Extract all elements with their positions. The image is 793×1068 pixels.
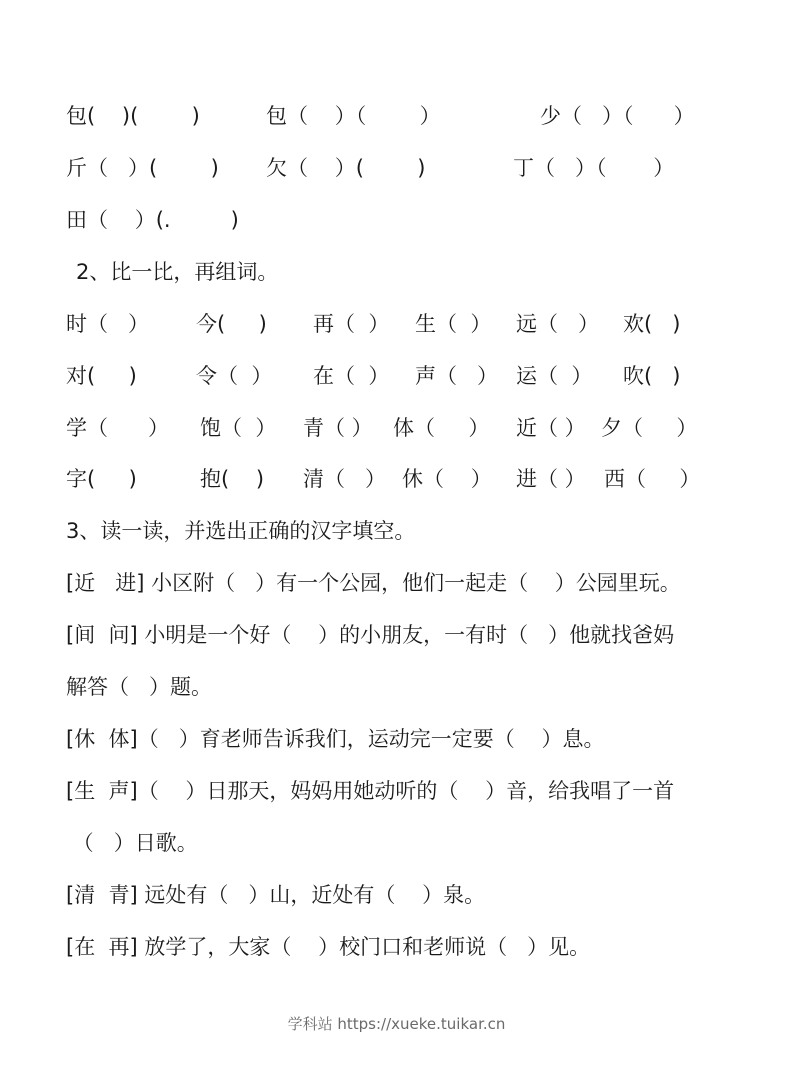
section3-title: 3、读一读，并选出正确的汉字填空。 xyxy=(66,514,415,548)
compare-item: 在（ ） xyxy=(313,359,389,393)
compare-item: 再（ ） xyxy=(313,307,389,341)
sentence-line: [清 青] 远处有（ ）山，近处有（ ）泉。 xyxy=(66,878,485,912)
compare-item: 饱（ ） xyxy=(200,411,276,445)
word-group-item: 欠（ ）( ) xyxy=(266,151,426,185)
compare-item: 运（ ） xyxy=(516,359,592,393)
word-group-item: 丁（ ）（ ） xyxy=(513,151,674,185)
word-group-item: 田（ ）(. ) xyxy=(66,203,239,237)
sentence-line: 解答（ ）题。 xyxy=(66,670,212,704)
compare-item: 近（ ） xyxy=(516,411,586,445)
section2-title: 2、比一比，再组词。 xyxy=(76,255,278,289)
compare-item: 字( ) xyxy=(66,462,137,496)
compare-item: 远（ ） xyxy=(516,307,599,341)
compare-item: 声（ ） xyxy=(415,359,498,393)
compare-item: 生（ ） xyxy=(415,307,491,341)
sentence-line: [在 再] 放学了，大家（ ）校门口和老师说（ ）见。 xyxy=(66,930,590,964)
compare-item: 青（ ） xyxy=(303,411,373,445)
compare-item: 欢( ) xyxy=(623,307,680,341)
section1-row: 田（ ）(. ) xyxy=(0,203,793,237)
section1-row: 包( )( ) 包（ ）（ ） 少（ ）（ ） xyxy=(0,99,793,133)
compare-item: 时（ ） xyxy=(66,307,149,341)
compare-item: 清（ ） xyxy=(303,462,386,496)
compare-item: 令（ ） xyxy=(196,359,272,393)
section2-row: 字( ) 抱( ) 清（ ） 休（ ） 进（ ） 西（ ） xyxy=(0,462,793,496)
sentence-line: [休 体]（ ）育老师告诉我们，运动完一定要（ ）息。 xyxy=(66,722,604,756)
section1-row: 斤（ ）( ) 欠（ ）( ) 丁（ ）（ ） xyxy=(0,151,793,185)
compare-item: 西（ ） xyxy=(604,462,700,496)
word-group-item: 包（ ）（ ） xyxy=(266,99,441,133)
compare-item: 对( ) xyxy=(66,359,137,393)
compare-item: 进（ ） xyxy=(516,462,586,496)
sentence-line: [间 问] 小明是一个好（ ）的小朋友，一有时（ ）他就找爸妈 xyxy=(66,618,674,652)
word-group-item: 少（ ）（ ） xyxy=(540,99,695,133)
compare-item: 抱( ) xyxy=(200,462,264,496)
compare-item: 休（ ） xyxy=(402,462,492,496)
section2-row: 时（ ） 今( ) 再（ ） 生（ ） 远（ ） 欢( ) xyxy=(0,307,793,341)
compare-item: 吹( ) xyxy=(623,359,680,393)
sentence-line: [近 进] 小区附（ ）有一个公园，他们一起走（ ）公园里玩。 xyxy=(66,566,681,600)
compare-item: 体（ ） xyxy=(393,411,489,445)
compare-item: 今( ) xyxy=(196,307,267,341)
section2-row: 学（ ） 饱（ ） 青（ ） 体（ ） 近（ ） 夕（ ） xyxy=(0,411,793,445)
sentence-line: [生 声]（ ）日那天，妈妈用她动听的（ ）音，给我唱了一首 xyxy=(66,774,674,808)
compare-item: 夕（ ） xyxy=(601,411,697,445)
sentence-line: （ ）日歌。 xyxy=(66,826,198,860)
word-group-item: 包( )( ) xyxy=(66,99,200,133)
section2-row: 对( ) 令（ ） 在（ ） 声（ ） 运（ ） 吹( ) xyxy=(0,359,793,393)
compare-item: 学（ ） xyxy=(66,411,169,445)
word-group-item: 斤（ ）( ) xyxy=(66,151,219,185)
footer-watermark: 学科站 https://xueke.tuikar.cn xyxy=(0,1013,793,1034)
